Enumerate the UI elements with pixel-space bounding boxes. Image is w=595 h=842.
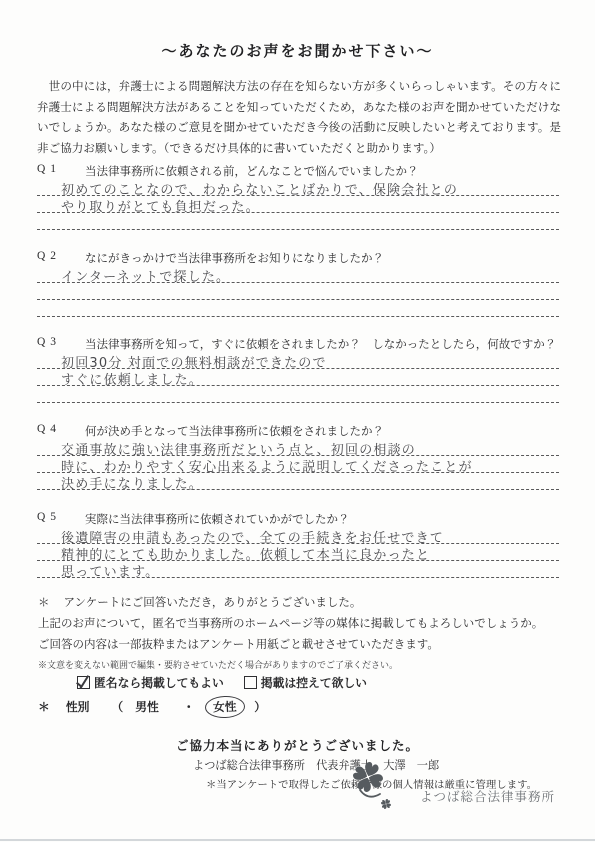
closing-thanks-text: アンケートにご回答いただき，ありがとうございました。 — [64, 597, 362, 609]
gender-option-female: 女性 — [204, 695, 244, 718]
answer-line — [37, 300, 559, 317]
question-text: 実際に当法律事務所に依頼されていかがでしたか？ — [85, 511, 559, 527]
checkbox-decline-icon — [244, 676, 257, 689]
answer-line: 時に、わかりやすく安心出来るように説明してくださったことが — [37, 456, 559, 473]
paren-close: ） — [254, 700, 266, 714]
question-heading: Q2 なにがきっかけで当法律事務所をお知りになりましたか？ — [37, 250, 559, 267]
closing-thanks-line: ＊アンケートにご回答いただき，ありがとうございました。 — [38, 594, 361, 610]
logo-office-name: よつば総合法律事務所 — [420, 787, 555, 805]
gender-separator: ・ — [183, 700, 195, 714]
gender-option-male: 男性 — [133, 698, 161, 715]
question-number: Q5 — [37, 511, 85, 523]
consent-detail-line: ご回答の内容は一部抜粋またはアンケート用紙ごと載せさせていただきます。 — [38, 636, 439, 652]
consent-question-line: 上記のお声について，匿名で当事務所のホームページ等の媒体に掲載してもよろしいでし… — [38, 615, 543, 631]
consent-option-decline: 掲載は控えて欲しい — [244, 674, 367, 691]
checkbox-anonymous-ok-icon — [77, 676, 90, 689]
consent-option-anonymous-ok: 匿名なら掲載してもよい — [77, 674, 224, 691]
question-number: Q4 — [37, 423, 85, 435]
question-number: Q3 — [37, 336, 85, 348]
answer-line: 後遺障害の申請もあったので、全ての手続きをお任せできて — [37, 528, 559, 544]
question-block-q5: Q5 実際に当法律事務所に依頼されていかがでしたか？ 後遺障害の申請もあったので… — [37, 511, 559, 578]
answer-line — [37, 213, 559, 230]
asterisk-mark: ＊ — [38, 594, 50, 610]
question-heading: Q4 何が決め手となって当法律事務所に依頼をされましたか？ — [37, 423, 559, 440]
question-text: 当法律事務所に依頼される前，どんなことで悩んでいましたか？ — [85, 163, 559, 179]
answer-line: やり取りがとても負担だった。 — [37, 196, 559, 213]
footer-thanks: ご協力本当にありがとうございました。 — [0, 736, 595, 754]
answer-line: 決め手になりました。 — [37, 473, 559, 490]
question-block-q2: Q2 なにがきっかけで当法律事務所をお知りになりましたか？ インターネットで探し… — [37, 250, 559, 317]
question-heading: Q5 実際に当法律事務所に依頼されていかがでしたか？ — [37, 511, 559, 528]
answer-line: 交通事故に強い法律事務所だという点と、初回の相談の — [37, 440, 559, 456]
question-block-q3: Q3 当法律事務所を知って，すぐに依頼をされましたか？ しなかったとしたら，何故… — [37, 336, 559, 403]
question-block-q4: Q4 何が決め手となって当法律事務所に依頼をされましたか？ 交通事故に強い法律事… — [37, 423, 559, 490]
consent-options-row: 匿名なら掲載してもよい 掲載は控えて欲しい — [77, 674, 367, 691]
answer-line: 思っています。 — [37, 561, 559, 578]
question-number: Q1 — [37, 163, 85, 175]
paren-open: （ — [111, 700, 123, 714]
answer-line: 初めてのことなので、わからないことばかりで、保険会社との — [37, 180, 559, 196]
consent-option-label: 匿名なら掲載してもよい — [94, 674, 224, 691]
question-number: Q2 — [37, 250, 85, 262]
answer-line — [37, 386, 559, 403]
gender-row: ＊性別（男性・女性） — [38, 696, 266, 718]
handwritten-answer: 思っています。 — [61, 561, 159, 580]
intro-paragraph: 世の中には，弁護士による問題解決方法の存在を知らない方が多くいらっしゃいます。そ… — [37, 77, 561, 159]
answer-line — [37, 283, 559, 300]
question-text: 当法律事務所を知って，すぐに依頼をされましたか？ しなかったとしたら，何故ですか… — [85, 336, 559, 352]
scan-edge-line — [0, 839, 595, 841]
asterisk-mark: ＊ — [38, 700, 50, 714]
question-block-q1: Q1 当法律事務所に依頼される前，どんなことで悩んでいましたか？ 初めてのことな… — [37, 163, 559, 230]
question-heading: Q3 当法律事務所を知って，すぐに依頼をされましたか？ しなかったとしたら，何故… — [37, 336, 559, 353]
clover-logo-icon — [346, 762, 416, 818]
question-text: なにがきっかけで当法律事務所をお知りになりましたか？ — [85, 250, 559, 266]
question-text: 何が決め手となって当法律事務所に依頼をされましたか？ — [85, 423, 559, 439]
answer-line: 精神的にとても助かりました。依頼して本当に良かったと — [37, 544, 559, 561]
answer-line: すぐに依頼しました。 — [37, 369, 559, 386]
answer-line: インターネットで探した。 — [37, 267, 559, 283]
gender-label: 性別 — [66, 700, 90, 714]
question-heading: Q1 当法律事務所に依頼される前，どんなことで悩んでいましたか？ — [37, 163, 559, 180]
questionnaire-scan-page: ～あなたのお声をお聞かせ下さい～ 世の中には，弁護士による問題解決方法の存在を知… — [0, 0, 595, 842]
answer-line: 初回30分 対面での無料相談ができたので — [37, 353, 559, 369]
consent-option-label: 掲載は控えて欲しい — [261, 674, 367, 691]
page-title: ～あなたのお声をお聞かせ下さい～ — [0, 40, 595, 61]
handwritten-answer: 決め手になりました。 — [61, 473, 203, 492]
edit-note: ※文意を変えない範囲で編集・要約させていただく場合がありますのでご了承ください。 — [38, 658, 398, 671]
